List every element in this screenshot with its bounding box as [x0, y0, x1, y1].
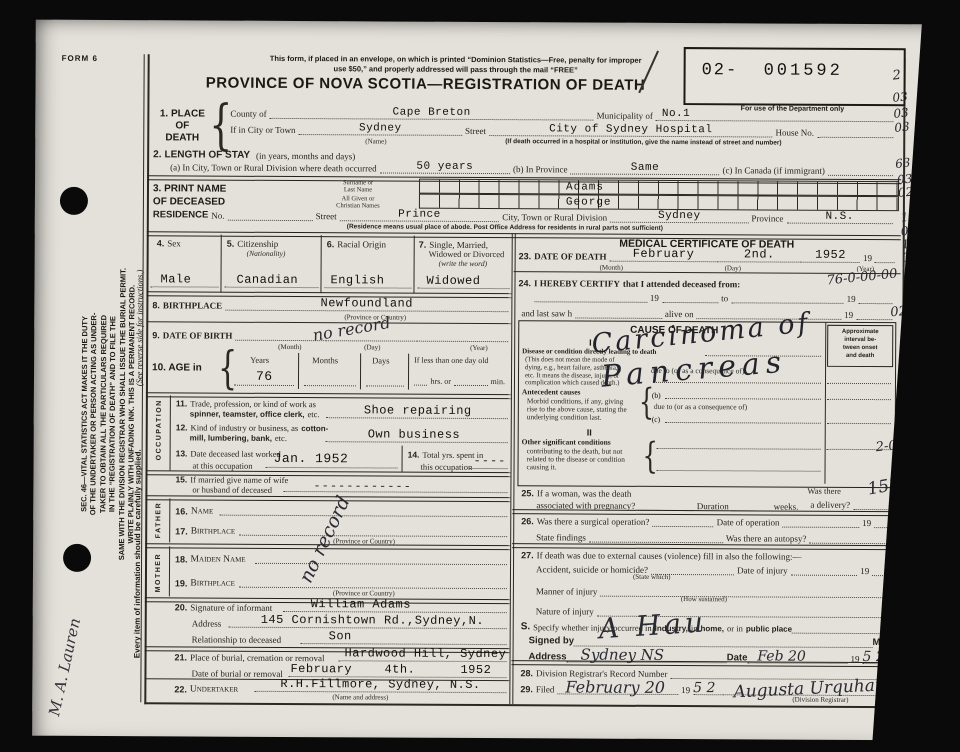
line: [657, 448, 821, 450]
informant-address-label: Address: [189, 616, 225, 628]
field-1-place-of-death-label: 1. PLACE OF DEATH: [153, 108, 211, 144]
cell-line: [298, 353, 299, 389]
state-which-caption: (State which): [633, 573, 671, 581]
age-months-label: Months: [312, 355, 338, 365]
line: [827, 423, 891, 424]
residence-street-label: Street: [316, 211, 337, 221]
findings-row: State findings Was there an autopsy?: [533, 530, 893, 544]
death-year-value: 1952: [801, 248, 860, 262]
margin-number: 03: [894, 119, 911, 134]
informant-signature-value: William Adams: [311, 597, 411, 612]
undertaker-caption: (Name and address): [332, 693, 388, 701]
residence-division-label: City, Town or Rural Division: [502, 212, 607, 223]
marital-value: Widowed: [426, 274, 480, 288]
c-label: (c): [652, 415, 660, 424]
house-no-label: House No.: [775, 128, 814, 138]
line: [665, 398, 821, 400]
filed-year-value: 5 2: [693, 680, 715, 696]
margin-number: 9: [901, 400, 910, 415]
margin-signature: M. A. Lauren: [45, 616, 84, 717]
accident-row: Accident, suicide or homicide? Date of i…: [533, 562, 893, 576]
occupation-trade-value: Shoe repairing: [364, 403, 472, 418]
burial-day-value: 4th.: [384, 662, 415, 676]
residence-division-value: Sydney: [610, 210, 748, 223]
burial-date-label: Date of burial or removal: [188, 666, 286, 679]
other-conditions-note: contributing to the death, but notrelate…: [527, 447, 625, 472]
stay-c-field: [828, 164, 893, 176]
citizenship-sublabel: (Nationality): [247, 249, 286, 258]
residence-no-label: No.: [211, 211, 224, 221]
age-infant-label: If less than one day old: [414, 356, 488, 365]
death-month-field: February: [609, 250, 717, 263]
death-year-field: 1952: [801, 251, 860, 263]
spouse-label2: or husband of deceased: [189, 482, 275, 494]
filed-row: 29.Filed February 20 19 5 2 Augusta Urqu…: [520, 682, 892, 696]
delivery-label1: Was there: [807, 486, 841, 496]
pregnancy-label: 25.If a woman, was the death: [521, 486, 634, 499]
age-years-value: 76: [256, 369, 273, 384]
informant-signature-label: 20.Signature of informant: [175, 600, 276, 613]
stay-a-label: (a) In City, Town or Rural Division wher…: [170, 162, 377, 173]
other-conditions-label: Other significant conditions: [522, 437, 611, 446]
stay-heading-row: 2. LENGTH OF STAY (in years, months and …: [153, 148, 358, 161]
margin-number: 03: [892, 89, 909, 104]
death-month-caption: (Month): [600, 264, 623, 272]
death-day-caption: (Day): [725, 264, 741, 272]
age-days-label: Days: [372, 355, 390, 365]
margin-number: 3: [902, 250, 911, 265]
line: [827, 383, 891, 384]
form-number: FORM 6: [62, 54, 98, 63]
cause-of-death-box: Approximateinterval be-tween onsetand de…: [517, 320, 896, 488]
city-field: Sydney: [298, 123, 462, 136]
filed-date-value: February 20: [565, 677, 665, 697]
dob-month-caption: (Month): [278, 343, 301, 351]
stamp-prefix: 02-: [702, 61, 739, 80]
b-label: (b): [652, 391, 661, 400]
stay-number: 2.: [153, 149, 161, 160]
mother-maiden-label: 18.Maiden Name: [175, 552, 249, 564]
municipality-field: No.1: [656, 109, 894, 122]
racial-origin-value: English: [330, 273, 384, 287]
certify-row: 24.I HEREBY CERTIFYthat I attended decea…: [518, 276, 740, 289]
nature-row: Nature of injury: [533, 604, 893, 618]
line: [827, 399, 891, 400]
occupation-industry-value: Own business: [368, 427, 460, 441]
attended-row: 19 to 19: [534, 290, 892, 304]
street-label: Street: [465, 126, 486, 136]
last-worked-label: 13.Date deceased last worked: [176, 446, 284, 459]
sex-label: 4.Sex: [157, 236, 184, 248]
city-value: Sydney: [298, 122, 462, 135]
line: [657, 470, 821, 472]
county-field: Cape Breton: [270, 107, 594, 121]
father-name-label: 16.Name: [175, 504, 216, 516]
margin-number: 020: [890, 303, 916, 320]
age-label: 10. AGE in: [152, 362, 202, 373]
margin-number: 2: [899, 372, 908, 387]
burial-year-value: 1952: [460, 663, 491, 677]
date-of-death-row: 23.DATE OF DEATH February 2nd. 1952 19: [519, 249, 895, 263]
street-value: City of Sydney Hospital: [489, 123, 773, 136]
division-registrar-caption: (Division Registrar): [792, 696, 848, 704]
mother-group-label: MOTHER: [155, 553, 162, 592]
citizenship-value: Canadian: [236, 273, 298, 287]
father-group-label: FATHER: [155, 502, 162, 539]
stay-c-label: (c) In Canada (if immigrant): [722, 165, 825, 176]
registration-number-stamp-box: 02- 001592: [683, 47, 905, 106]
margin-code: 2-02-2: [875, 436, 918, 455]
vital-statistics-notice: SEC. 46—VITAL STATISTICS ACT MAKES IT TH…: [79, 190, 138, 638]
death-month-value: February: [609, 247, 717, 262]
undertaker-value: R.H.Fillmore, Sydney, N.S.: [280, 677, 480, 692]
street-field: City of Sydney Hospital: [489, 124, 773, 137]
form-title: PROVINCE OF NOVA SCOTIA—REGISTRATION OF …: [166, 74, 686, 94]
informant-address-value: 145 Cornishtown Rd.,Sydney,N.: [261, 613, 484, 628]
dob-day-caption: (Day): [364, 343, 380, 351]
field-3-print-name-label: 3. PRINT NAME OF DECEASED: [153, 182, 226, 208]
father-birthplace-label: 17.Birthplace: [175, 524, 238, 536]
margin-number: 02: [897, 184, 914, 199]
last-worked-value: Jan. 1952: [274, 451, 349, 466]
external-causes-label: 27.If death was due to external causes (…: [521, 548, 804, 561]
residence-no-field: [228, 209, 313, 221]
physician-signature: A Hau: [598, 605, 708, 645]
mother-birthplace-label: 19.Birthplace: [175, 576, 238, 588]
municipality-value: No.1: [656, 108, 900, 121]
age-infant-row: hrs. or min.: [414, 374, 508, 386]
scanned-document: FORM 6 SEC. 46—VITAL STATISTICS ACT MAKE…: [0, 0, 960, 752]
municipality-label: Municipality of: [597, 111, 653, 121]
line: [470, 468, 508, 469]
margin-number: 2: [892, 68, 902, 84]
name-caption: (Name): [365, 137, 386, 145]
cell-line: [402, 446, 403, 472]
due-to-b-label: due to (or as a consequence of): [654, 402, 747, 411]
delivery-row: a delivery?: [807, 498, 893, 510]
stay-a-value: 50 years: [380, 160, 510, 173]
death-certificate-paper: FORM 6 SEC. 46—VITAL STATISTICS ACT MAKE…: [32, 20, 930, 741]
county-value: Cape Breton: [270, 106, 594, 120]
burial-place-value: Hardwood Hill, Sydney: [345, 646, 507, 661]
dob-year-caption: (Year): [470, 344, 488, 352]
residence-province-field: N.S.: [786, 212, 892, 225]
stay-b-label: (b) In Province: [513, 164, 568, 174]
cause-section-2: II: [587, 428, 592, 438]
age-years-label: Years: [250, 355, 269, 365]
county-label: County of: [230, 109, 266, 119]
residence-province-label: Province: [751, 213, 783, 223]
stay-b-field: Same: [570, 162, 719, 175]
surname-sublabel: Surname orLast Name: [323, 179, 393, 193]
house-no-field: [817, 126, 893, 138]
line: [366, 385, 404, 386]
marital-sublabel: (write the word): [439, 259, 488, 268]
residence-label: RESIDENCE: [153, 209, 208, 220]
stay-note: (in years, months and days): [256, 151, 355, 162]
other-brace: {: [643, 438, 658, 474]
residence-street-field: Prince: [340, 209, 500, 222]
marital-label2: Widowed or Divorced: [429, 249, 505, 259]
sex-value: Male: [160, 272, 191, 286]
birthplace-row: 8.BIRTHPLACE Newfoundland: [152, 298, 508, 312]
total-years-label2: this occupation: [418, 460, 476, 472]
margin-number: 1: [900, 210, 909, 225]
how-sustained-caption: (How sustained): [681, 595, 727, 603]
birthplace-value: Newfoundland: [225, 296, 508, 311]
antecedent-note: Morbid conditions, if any, givingrise to…: [527, 397, 627, 422]
antecedent-label: Antecedent causes: [522, 387, 581, 396]
margin-number: 2: [896, 550, 905, 565]
occupation-trade-label2: spinner, teamster, office clerk,etc.: [190, 406, 323, 419]
occupation-group-label: OCCUPATION: [156, 399, 163, 460]
cell-line: [408, 354, 409, 390]
line: [665, 422, 821, 424]
total-years-value: ----: [474, 454, 507, 468]
stay-b-value: Same: [570, 161, 719, 174]
birthplace-field: Newfoundland: [225, 299, 508, 312]
interval-divider: [824, 323, 826, 484]
surname-value: Adams: [566, 181, 604, 193]
operation-row: 26.Was there a surgical operation? Date …: [521, 514, 893, 528]
given-name-value: George: [566, 196, 612, 208]
informant-relationship-label: Relationship to deceased: [189, 632, 285, 644]
margin-number: 63: [894, 155, 911, 170]
stay-a-field: 50 years: [380, 161, 510, 174]
residence-street-value: Prince: [340, 208, 500, 221]
citizenship-label: 5.Citizenship: [227, 237, 282, 249]
undertaker-label: 22.Undertaker: [174, 682, 241, 694]
city-label: If in City or Town: [230, 125, 295, 135]
cell-line: [360, 353, 361, 389]
margin-number: 1: [898, 577, 907, 592]
residence-division-field: Sydney: [610, 211, 748, 224]
dob-year-field: [417, 330, 508, 342]
stay-label: LENGTH OF STAY: [164, 149, 250, 160]
margin-number: 9: [900, 386, 909, 401]
burial-month-value: February: [290, 662, 352, 676]
interval-header: Approximateinterval be-tween onsetand de…: [827, 325, 893, 367]
residence-province-value: N.S.: [786, 211, 892, 224]
stamp-serial: 001592: [764, 61, 843, 80]
racial-origin-label: 6.Racial Origin: [327, 237, 389, 249]
occupation-industry-label2: mill, lumbering, bank,etc.: [190, 430, 290, 443]
death-day-field: 2nd.: [718, 250, 802, 262]
hospital-note: (If death occurred in a hospital or inst…: [505, 138, 781, 146]
last-worked-label2: at this occupation: [190, 458, 256, 470]
informant-relationship-value: Son: [329, 629, 352, 643]
death-day-value: 2nd.: [718, 247, 802, 261]
